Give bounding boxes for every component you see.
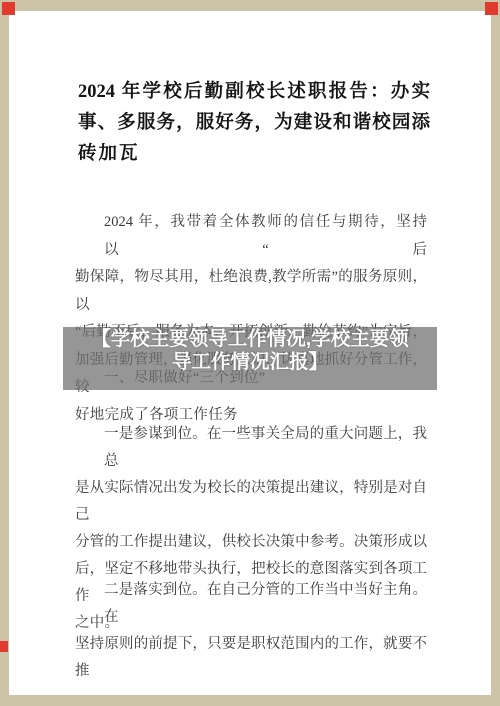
title-line: 砖加瓦 — [78, 139, 430, 170]
body-line: 分管的工作提出建议，供校长决策中参考。决策形成以 — [75, 529, 427, 556]
body-line: 一是参谋到位。在一些事关全局的重大问题上，我总 — [75, 421, 427, 475]
paragraph-second-point: 二是落实到位。在自己分管的工作当中当好主角。在 坚持原则的前提下，只要是职权范围… — [75, 577, 427, 685]
paragraph-intro: 2024 年，我带着全体教师的信任与期待，坚持以“后 勤保障，物尽其用，杜绝浪费… — [75, 209, 427, 429]
corner-marker-top-left — [2, 2, 15, 15]
title-line: 2024 年学校后勤副校长述职报告：办实 — [78, 77, 430, 108]
corner-marker-top-right — [485, 2, 498, 15]
edge-marker-bottom-left — [0, 641, 8, 652]
title-line: 事、多服务，服好务，为建设和谐校园添 — [78, 108, 430, 139]
watermark-line: 【学校主要领导工作情况,学校主要领 — [63, 328, 437, 351]
watermark-caption: 【学校主要领导工作情况,学校主要领 导工作情况汇报】 — [63, 328, 437, 373]
body-line: 勤保障，物尽其用，杜绝浪费,教学所需”的服务原则，以 — [75, 264, 427, 319]
body-line: 坚持原则的前提下，只要是职权范围内的工作，就要不推 — [75, 631, 427, 685]
body-line: 2024 年，我带着全体教师的信任与期待，坚持以“后 — [75, 209, 427, 264]
body-line: 是从实际情况出发为校长的决策提出建议，特别是对自己 — [75, 475, 427, 529]
watermark-line: 导工作情况汇报】 — [63, 351, 437, 374]
body-line: 二是落实到位。在自己分管的工作当中当好主角。在 — [75, 577, 427, 631]
document-title: 2024 年学校后勤副校长述职报告：办实 事、多服务，服好务，为建设和谐校园添 … — [78, 77, 430, 170]
document-page: 2024 年学校后勤副校长述职报告：办实 事、多服务，服好务，为建设和谐校园添 … — [0, 0, 500, 706]
